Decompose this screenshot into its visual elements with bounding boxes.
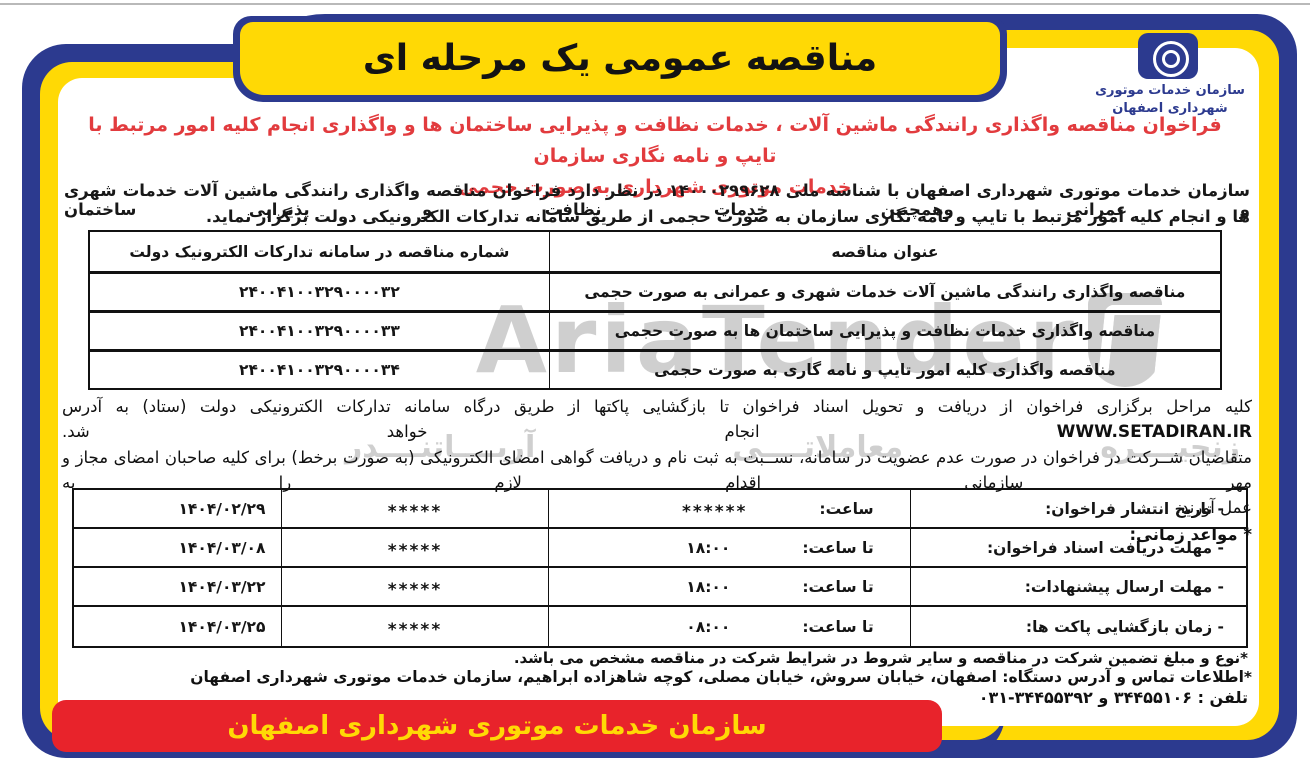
schedule-time-cell: تا ساعت: ۱۸:۰۰ xyxy=(548,529,910,568)
schedule-time-cell: تا ساعت: ۰۸:۰۰ xyxy=(548,607,910,646)
schedule-date: ۱۴۰۴/۰۲/۲۹ xyxy=(74,490,281,529)
schedule-date: ۱۴۰۴/۰۳/۰۸ xyxy=(74,529,281,568)
time-label: تا ساعت: xyxy=(802,578,873,596)
schedule-stars-cell: ***** xyxy=(281,568,547,607)
schedule-table: - تاریخ انتشار فراخوان: ساعت: ****** ***… xyxy=(72,488,1248,648)
schedule-time-cell: تا ساعت: ۱۸:۰۰ xyxy=(548,568,910,607)
tender-row-title: مناقصه واگذاری خدمات نظافت و پذیرایی ساخ… xyxy=(549,313,1220,352)
time-label: تا ساعت: xyxy=(802,539,873,557)
time-value: ۰۸:۰۰ xyxy=(686,618,730,636)
contact-address-note: *اطلاعات تماس و آدرس دستگاه: اصفهان، خیا… xyxy=(57,668,1252,686)
time-label: تا ساعت: xyxy=(802,618,873,636)
footer-banner-text: سازمان خدمات موتوری شهرداری اصفهان xyxy=(227,711,766,741)
stars-value: ***** xyxy=(388,580,442,600)
stars-value: ***** xyxy=(388,620,442,640)
setadiran-url: WWW.SETADIRAN.IR xyxy=(1057,422,1252,442)
schedule-label: - تاریخ انتشار فراخوان: xyxy=(910,490,1246,529)
tender-advertisement-page: AriaTender زنجیــــره معاملاتــــی آریــ… xyxy=(0,0,1310,774)
process-line1-pre: کلیه مراحل برگزاری فراخوان از دریافت و ت… xyxy=(62,397,1252,416)
title-banner-inner: مناقصه عمومی یک مرحله ای xyxy=(240,22,1000,95)
tender-row-title: مناقصه واگذاری کلیه امور تایپ و نامه گار… xyxy=(549,352,1220,388)
process-line1-post: انجام خواهد شد. xyxy=(62,422,1057,441)
schedule-stars-cell: ***** xyxy=(281,529,547,568)
scan-top-line xyxy=(0,3,1310,5)
schedule-label: - مهلت ارسال پیشنهادات: xyxy=(910,568,1246,607)
schedule-time-cell: ساعت: ****** xyxy=(548,490,910,529)
tender-row-number: ۲۴۰۰۴۱۰۰۳۲۹۰۰۰۰۳۳ xyxy=(90,313,549,352)
tender-row-title: مناقصه واگذاری رانندگی ماشین آلات خدمات … xyxy=(549,274,1220,313)
schedule-label: - زمان بازگشایی پاکت ها: xyxy=(910,607,1246,646)
intro-line2: ها و انجام کلیه امور مرتبط با تایپ و نام… xyxy=(64,207,1250,226)
time-value: ۱۸:۰۰ xyxy=(686,539,730,557)
time-value: ۱۸:۰۰ xyxy=(686,578,730,596)
tender-table: عنوان مناقصه شماره مناقصه در سامانه تدار… xyxy=(88,230,1222,390)
schedule-label: - مهلت دریافت اسناد فراخوان: xyxy=(910,529,1246,568)
page-title: مناقصه عمومی یک مرحله ای xyxy=(363,38,877,79)
organization-logo-icon xyxy=(1138,33,1198,79)
time-value: ****** xyxy=(682,502,747,522)
schedule-stars-cell: ***** xyxy=(281,490,547,529)
org-name-line1: سازمان خدمات موتوری xyxy=(1090,82,1250,100)
stars-value: ***** xyxy=(388,541,442,561)
tender-table-header-number: شماره مناقصه در سامانه تدارکات الکترونیک… xyxy=(90,232,549,274)
schedule-date: ۱۴۰۴/۰۳/۲۲ xyxy=(74,568,281,607)
schedule-stars-cell: ***** xyxy=(281,607,547,646)
tender-row-number: ۲۴۰۰۴۱۰۰۳۲۹۰۰۰۰۳۲ xyxy=(90,274,549,313)
schedule-date: ۱۴۰۴/۰۳/۲۵ xyxy=(74,607,281,646)
title-banner: مناقصه عمومی یک مرحله ای xyxy=(233,16,1007,102)
call-heading-line1: فراخوان مناقصه واگذاری رانندگی ماشین آلا… xyxy=(70,110,1240,172)
tender-table-header-title: عنوان مناقصه xyxy=(549,232,1220,274)
footer-banner: سازمان خدمات موتوری شهرداری اصفهان xyxy=(52,700,942,752)
time-label: ساعت: xyxy=(819,500,873,518)
guarantee-note: *نوع و مبلغ تضمین شرکت در مناقصه و سایر … xyxy=(58,649,1248,667)
stars-value: ***** xyxy=(388,502,442,522)
process-line1: کلیه مراحل برگزاری فراخوان از دریافت و ت… xyxy=(62,394,1252,445)
tender-row-number: ۲۴۰۰۴۱۰۰۳۲۹۰۰۰۰۳۴ xyxy=(90,352,549,388)
